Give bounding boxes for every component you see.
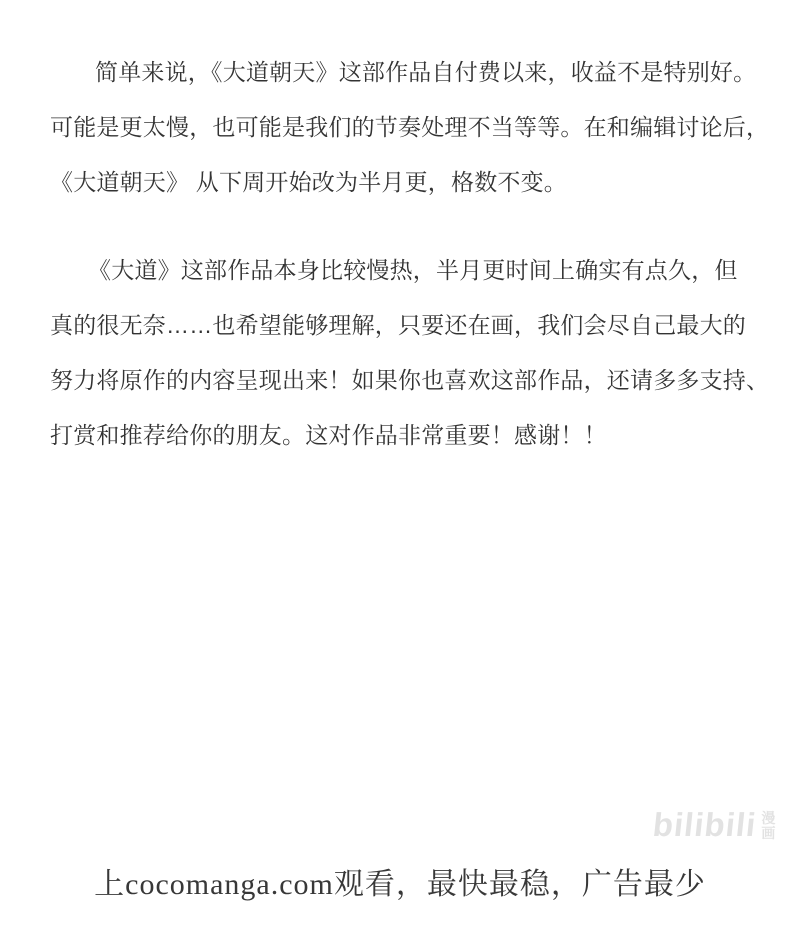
note-line: 《大道朝天》 从下周开始改为半月更，格数不变。 xyxy=(50,155,756,210)
manhua-char-top: 漫 xyxy=(761,811,775,826)
note-line: 打赏和推荐给你的朋友。这对作品非常重要！感谢！！ xyxy=(50,408,756,463)
author-note-paragraph-1: 简单来说，《大道朝天》这部作品自付费以来，收益不是特别好。 可能是更太慢，也可能… xyxy=(50,45,756,210)
manhua-vertical-label: 漫 画 xyxy=(761,811,775,841)
note-line: 可能是更太慢，也可能是我们的节奏处理不当等等。在和编辑讨论后， xyxy=(50,100,756,155)
bilibili-logo-wordmark: bilibili xyxy=(651,806,758,844)
author-note-paragraph-2: 《大道》这部作品本身比较慢热，半月更时间上确实有点久，但 真的很无奈……也希望能… xyxy=(50,243,756,463)
note-line: 《大道》这部作品本身比较慢热，半月更时间上确实有点久，但 xyxy=(50,243,756,298)
bilibili-manga-watermark: bilibili 漫 画 xyxy=(653,806,775,844)
note-line: 简单来说，《大道朝天》这部作品自付费以来，收益不是特别好。 xyxy=(50,45,756,100)
note-line: 真的很无奈……也希望能够理解，只要还在画，我们会尽自己最大的 xyxy=(50,298,756,353)
note-line: 努力将原作的内容呈现出来！如果你也喜欢这部作品，还请多多支持、 xyxy=(50,353,756,408)
site-promo-text: 上cocomanga.com观看，最快最稳，广告最少 xyxy=(0,864,800,906)
manhua-char-bottom: 画 xyxy=(761,826,775,841)
manga-note-page: 简单来说，《大道朝天》这部作品自付费以来，收益不是特别好。 可能是更太慢，也可能… xyxy=(0,0,800,952)
